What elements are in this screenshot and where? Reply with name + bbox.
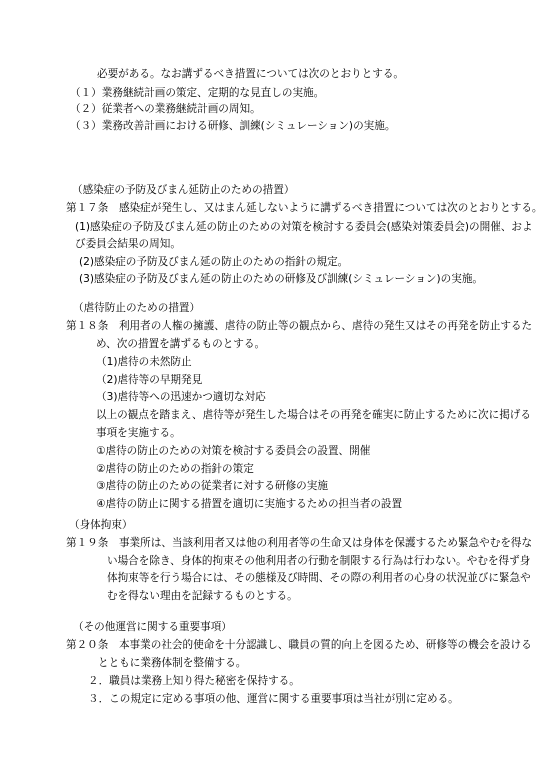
article17-item-3: (3)感染症の予防及びまん延の防止のための研修及び訓練(シミュレーション)の実施… bbox=[79, 272, 483, 286]
article17-item-2: (2)感染症の予防及びまん延の防止のための指針の規定。 bbox=[79, 255, 348, 269]
article18-measure-4: ④虐待の防止に関する措置を適切に実施するための担当者の設置 bbox=[96, 497, 402, 511]
intro-item-1: （１）業務継続計画の策定、定期的な見直しの実施。 bbox=[70, 86, 324, 100]
article20-item-3: ３．この規定に定める事項の他、運営に関する重要事項は当社が別に定める。 bbox=[88, 692, 459, 706]
article19-cont-1: い場合を除き、身体的拘束その他利用者の行動を制限する行為は行わない。やむを得ず身 bbox=[107, 554, 530, 568]
article20-heading: （その他運営に関する重要事項） bbox=[73, 620, 232, 634]
article17-item-1: (1)感染症の予防及びまん延の防止のための対策を検討する委員会(感染対策委員会)… bbox=[75, 220, 533, 234]
intro-continuation: 必要がある。なお講ずるべき措置については次のとおりとする。 bbox=[97, 67, 404, 81]
article18-heading: （虐待防止のための措置） bbox=[73, 301, 200, 315]
document-page: 必要がある。なお講ずるべき措置については次のとおりとする。 （１）業務継続計画の… bbox=[0, 0, 538, 775]
article18-item-2: （2)虐待等の早期発見 bbox=[96, 373, 202, 387]
article20-item-2: ２．職員は業務上知り得た秘密を保持する。 bbox=[88, 674, 300, 688]
intro-item-2: （２）従業者への業務継続計画の周知。 bbox=[70, 102, 261, 116]
article18-measure-1: ①虐待の防止のための対策を検討する委員会の設置、開催 bbox=[96, 444, 370, 458]
article18-para-2: 事項を実施する。 bbox=[96, 426, 181, 440]
article18-item-1: （1)虐待の未然防止 bbox=[96, 355, 192, 369]
intro-item-3: （３）業務改善計画における研修、訓練(シミュレーション)の実施。 bbox=[70, 119, 395, 133]
article19-cont-3: むを得ない理由を記録するものとする。 bbox=[107, 589, 298, 603]
article18-lead: 第１８条 利用者の人権の擁護、虐待の防止等の観点から、虐待の発生又はその再発を防… bbox=[66, 319, 532, 333]
article19-lead: 第１９条 事業所は、当該利用者又は他の利用者等の生命又は身体を保護するため緊急や… bbox=[66, 536, 532, 550]
article18-measure-2: ②虐待の防止のための指針の策定 bbox=[96, 462, 254, 476]
article17-item-1-cont: び委員会結果の周知。 bbox=[75, 237, 181, 251]
article17-lead: 第１７条 感染症が発生し、又はまん延しないように講ずるべき措置については次のとお… bbox=[66, 201, 538, 215]
article17-heading: （感染症の予防及びまん延防止のための措置） bbox=[72, 183, 294, 197]
article19-cont-2: 体拘束等を行う場合には、その態様及び時間、その際の利用者の心身の状況並びに緊急や bbox=[107, 571, 531, 585]
article18-measure-3: ③虐待の防止のための従業者に対する研修の実施 bbox=[96, 479, 328, 493]
article20-lead: 第２０条 本事業の社会的使命を十分認識し、職員の質的向上を図るため、研修等の機会… bbox=[66, 638, 532, 652]
article18-item-3: （3)虐待等への迅速かつ適切な対応 bbox=[96, 390, 266, 404]
article20-lead-cont: とともに業務体制を整備する。 bbox=[98, 656, 246, 670]
article18-lead-cont: め、次の措置を講ずるものとする。 bbox=[96, 337, 265, 351]
article19-heading: （身体拘束） bbox=[69, 518, 133, 532]
article18-para-1: 以上の観点を踏まえ、虐待等が発生した場合はその再発を確実に防止するために次に掲げ… bbox=[96, 408, 531, 422]
